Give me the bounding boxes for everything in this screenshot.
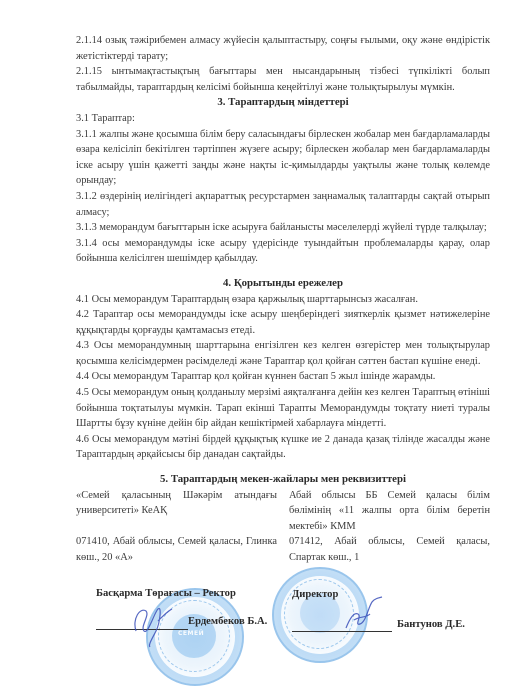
section-5-title: 5. Тараптардың мекен-жайлары мен реквизи… xyxy=(76,472,490,488)
paragraph-3-1-3: 3.1.3 меморандум бағыттарын іске асыруға… xyxy=(76,220,490,236)
paragraph-2-1-14: 2.1.14 озық тәжірибемен алмасу жүйесін қ… xyxy=(76,33,490,64)
stamp-inner-ring xyxy=(158,600,230,672)
left-party-address: 071410, Абай облысы, Семей қаласы, Глинк… xyxy=(76,534,277,565)
left-signature-icon xyxy=(128,601,178,649)
stamp-text: СЕМЕЙ xyxy=(178,630,204,637)
right-party-name: Абай облысы ББ Семей қаласы білім бөлімі… xyxy=(289,488,490,535)
paragraph-2-1-15: 2.1.15 ынтымақтастықтың бағыттары мен ны… xyxy=(76,64,490,95)
paragraph-4-5: 4.5 Осы меморандум оның қолданылу мерзім… xyxy=(76,385,490,432)
right-signatory-name: Бантунов Д.Е. xyxy=(397,619,465,630)
spacer xyxy=(76,267,490,276)
right-signature-icon xyxy=(340,594,384,634)
paragraph-4-4: 4.4 Осы меморандум Тараптар қол қойған к… xyxy=(76,369,490,385)
document-page: 2.1.14 озық тәжірибемен алмасу жүйесін қ… xyxy=(76,33,490,566)
paragraph-3-1: 3.1 Тараптар: xyxy=(76,111,490,127)
spacer xyxy=(76,463,490,472)
requisites-right-party: Абай облысы ББ Семей қаласы білім бөлімі… xyxy=(289,488,490,566)
paragraph-3-1-2: 3.1.2 өздерінің иелігіндегі ақпараттық р… xyxy=(76,189,490,220)
left-signatory-title: Басқарма Төрағасы – Ректор xyxy=(96,588,236,599)
right-party-address: 071412, Абай облысы, Семей қаласы, Спарт… xyxy=(289,534,490,565)
right-signatory-title: Директор xyxy=(292,589,338,600)
paragraph-4-1: 4.1 Осы меморандум Тараптардың өзара қар… xyxy=(76,292,490,308)
section-3-title: 3. Тараптардың міндеттері xyxy=(76,95,490,111)
university-stamp-icon: СЕМЕЙ xyxy=(146,588,244,686)
spacer xyxy=(76,519,277,535)
right-signature-line xyxy=(292,631,392,632)
paragraph-3-1-1: 3.1.1 жалпы және қосымша білім беру сала… xyxy=(76,127,490,189)
left-signatory-name: Ердембеков Б.А. xyxy=(188,616,267,627)
requisites-left-party: «Семей қаласының Шәкәрім атындағы универ… xyxy=(76,488,277,566)
left-party-name: «Семей қаласының Шәкәрім атындағы универ… xyxy=(76,488,277,519)
school-stamp-icon xyxy=(272,567,368,663)
paragraph-4-2: 4.2 Тараптар осы меморандумды іске асыру… xyxy=(76,307,490,338)
paragraph-4-3: 4.3 Осы меморандумның шарттарына енгізіл… xyxy=(76,338,490,369)
section-4-title: 4. Қорытынды ережелер xyxy=(76,276,490,292)
paragraph-4-6: 4.6 Осы меморандум мәтіні бірдей құқықты… xyxy=(76,432,490,463)
requisites-table: «Семей қаласының Шәкәрім атындағы универ… xyxy=(76,488,490,566)
paragraph-3-1-4: 3.1.4 осы меморандумды іске асыру үдеріс… xyxy=(76,236,490,267)
left-signature-line xyxy=(96,629,188,630)
